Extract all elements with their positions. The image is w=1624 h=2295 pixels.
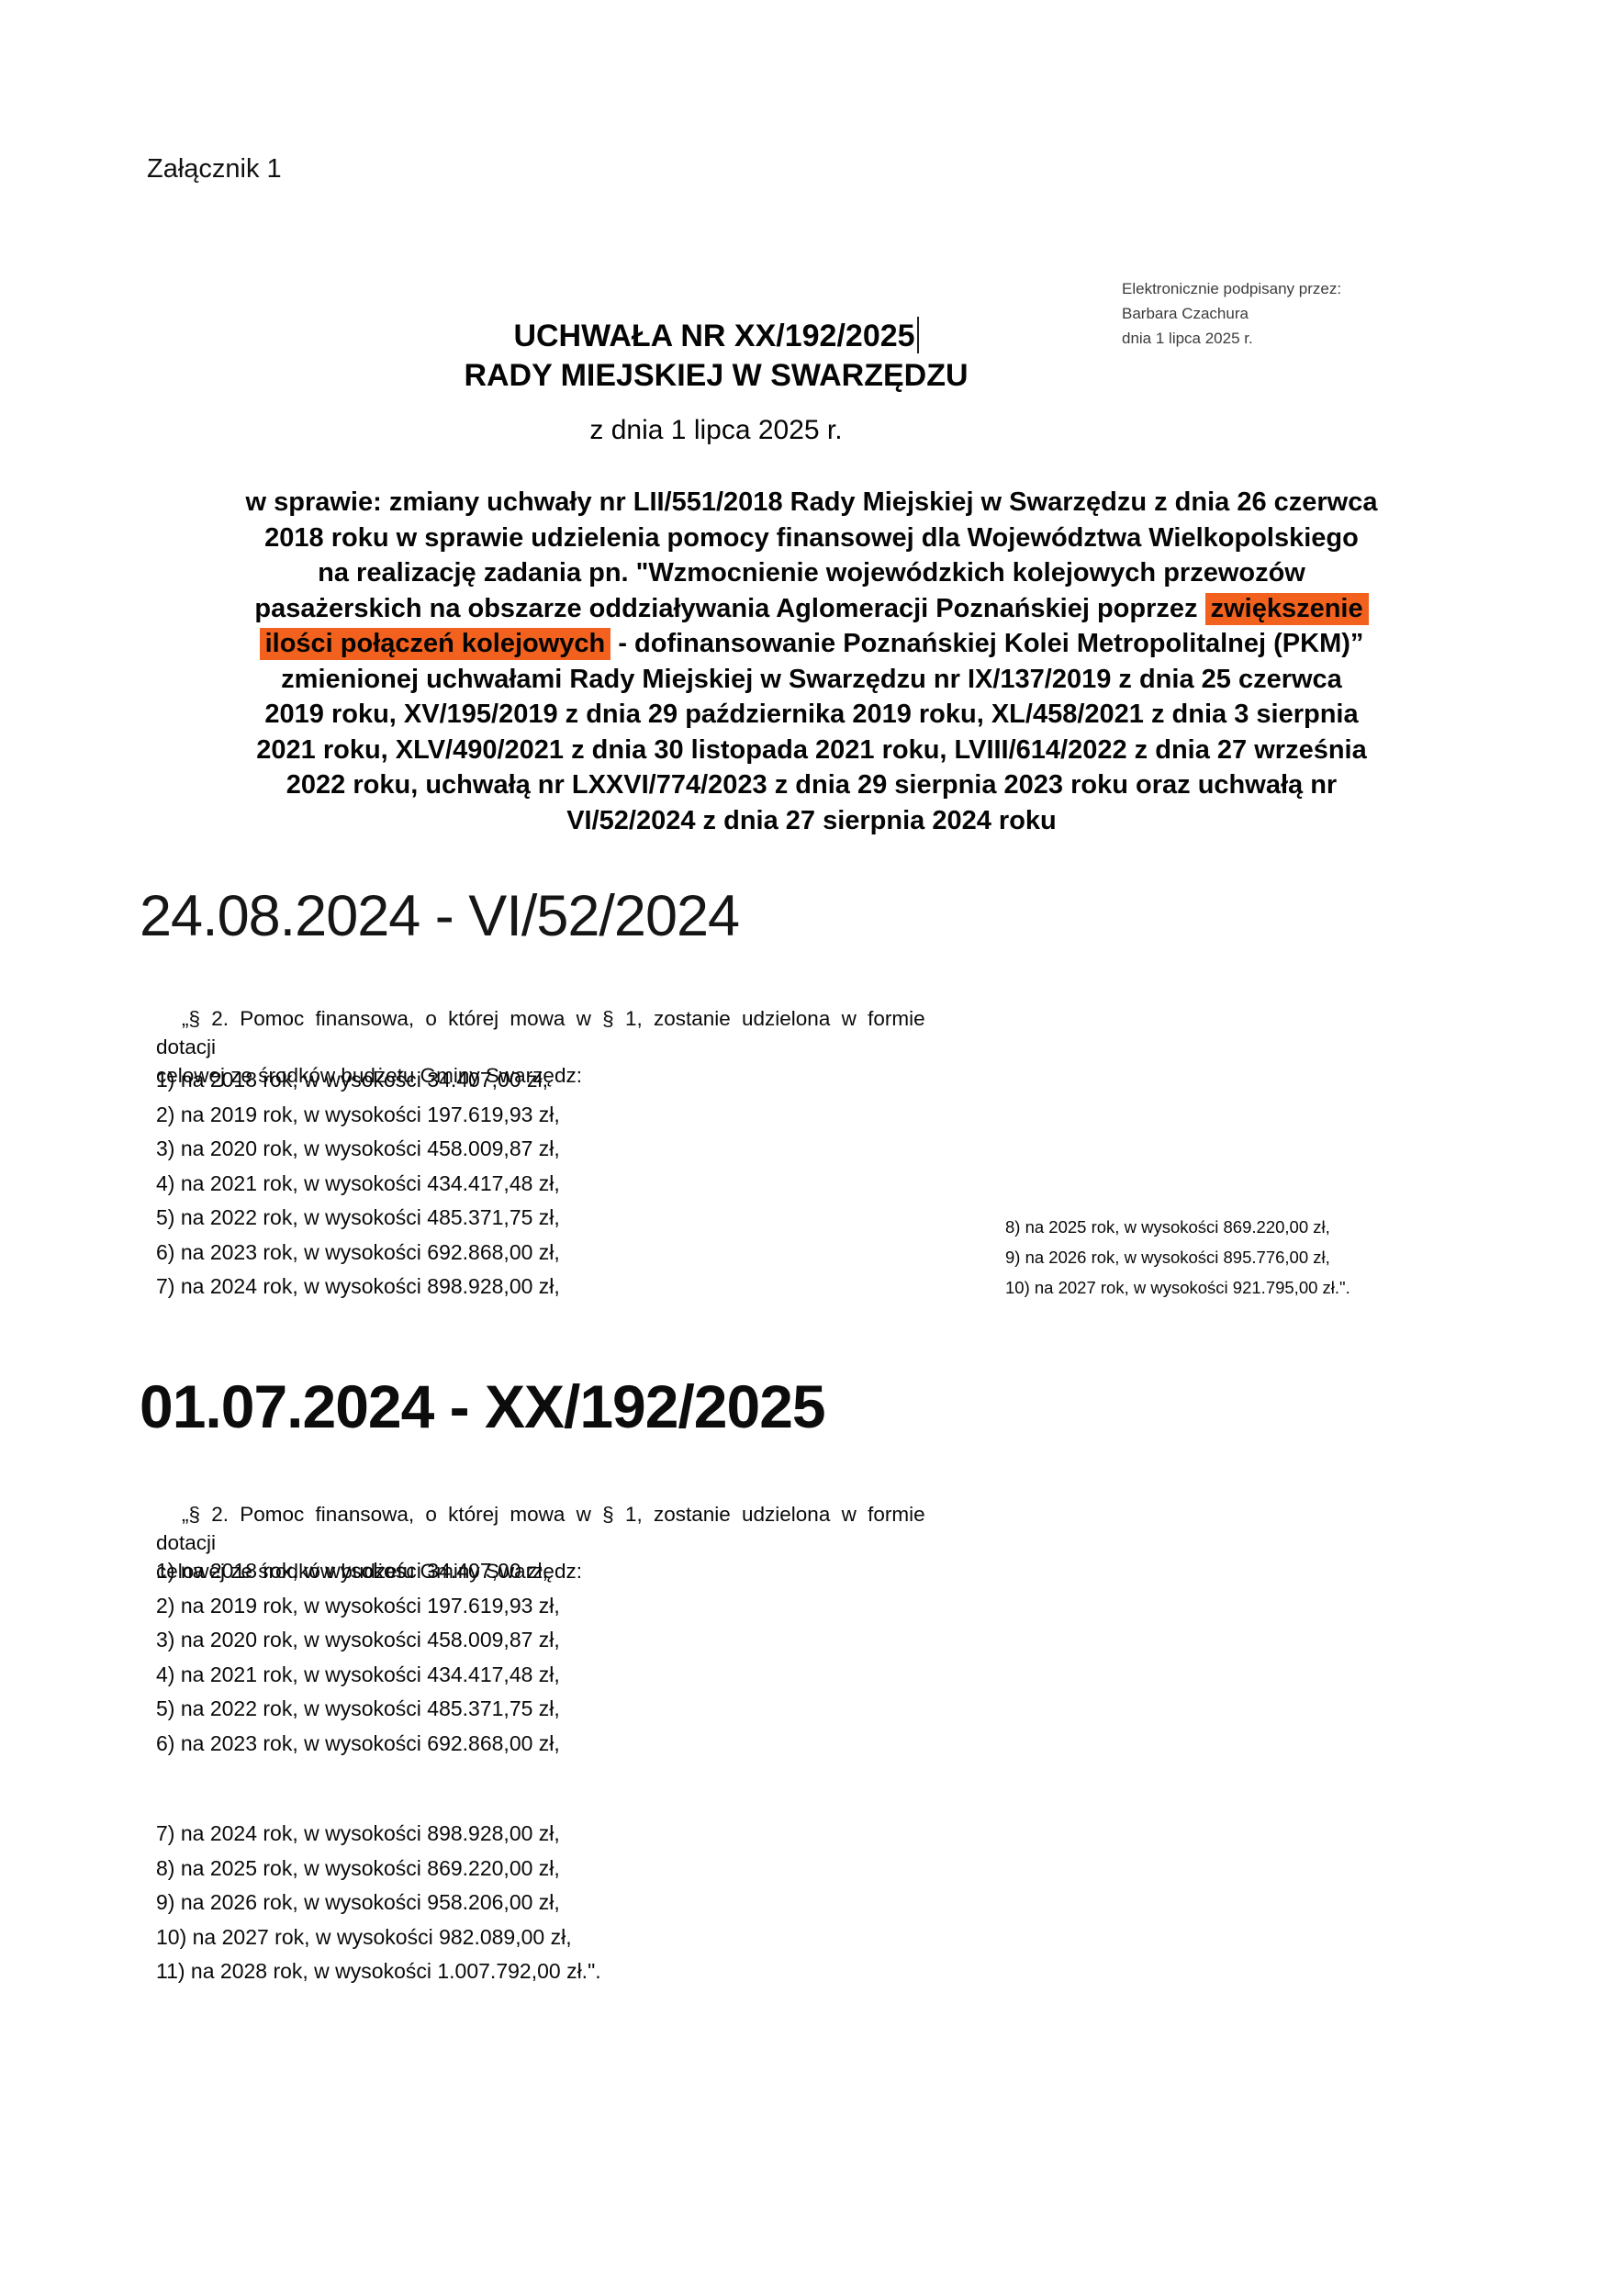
text-cursor xyxy=(917,317,919,353)
subject-line: 2018 roku w sprawie udzielenia pomocy fi… xyxy=(95,521,1528,556)
resolution-title-line2: RADY MIEJSKIEJ W SWARZĘDZU xyxy=(275,356,1157,396)
subject-line: 2021 roku, XLV/490/2021 z dnia 30 listop… xyxy=(95,733,1528,768)
list-item: 3) na 2020 rok, w wysokości 458.009,87 z… xyxy=(156,1628,560,1662)
resolution-subject: w sprawie: zmiany uchwały nr LII/551/201… xyxy=(95,485,1528,838)
list-item: 8) na 2025 rok, w wysokości 869.220,00 z… xyxy=(1005,1217,1350,1248)
resolution-title: UCHWAŁA NR XX/192/2025 RADY MIEJSKIEJ W … xyxy=(275,317,1157,396)
list-item: 11) na 2028 rok, w wysokości 1.007.792,0… xyxy=(156,1959,601,1994)
list-item: 6) na 2023 rok, w wysokości 692.868,00 z… xyxy=(156,1240,560,1275)
subject-line: pasażerskich na obszarze oddziaływania A… xyxy=(95,591,1528,627)
section2-amounts-list-lower: 7) na 2024 rok, w wysokości 898.928,00 z… xyxy=(156,1821,601,1994)
section-heading-vi-52-2024: 24.08.2024 - VI/52/2024 xyxy=(140,883,739,949)
section-heading-xx-192-2025: 01.07.2024 - XX/192/2025 xyxy=(140,1371,825,1441)
list-item: 2) na 2019 rok, w wysokości 197.619,93 z… xyxy=(156,1594,560,1629)
signature-caption: Elektronicznie podpisany przez: xyxy=(1122,276,1341,301)
subject-line: ilości połączeń kolejowych - dofinansowa… xyxy=(95,626,1528,662)
list-item: 5) na 2022 rok, w wysokości 485.371,75 z… xyxy=(156,1205,560,1240)
section1-amounts-list-right: 8) na 2025 rok, w wysokości 869.220,00 z… xyxy=(1005,1217,1350,1308)
list-item: 10) na 2027 rok, w wysokości 921.795,00 … xyxy=(1005,1278,1350,1308)
list-item: 8) na 2025 rok, w wysokości 869.220,00 z… xyxy=(156,1856,601,1891)
list-item: 10) na 2027 rok, w wysokości 982.089,00 … xyxy=(156,1925,601,1960)
list-item: 9) na 2026 rok, w wysokości 958.206,00 z… xyxy=(156,1890,601,1925)
subject-line: 2019 roku, XV/195/2019 z dnia 29 paździe… xyxy=(95,697,1528,733)
subject-line: 2022 roku, uchwałą nr LXXVI/774/2023 z d… xyxy=(95,767,1528,803)
list-item: 1) na 2018 rok, w wysokości 34.407,00 zł… xyxy=(156,1068,560,1103)
section1-amounts-list-left: 1) na 2018 rok, w wysokości 34.407,00 zł… xyxy=(156,1068,560,1309)
subject-line: na realizację zadania pn. "Wzmocnienie w… xyxy=(95,555,1528,591)
document-page: Załącznik 1 Elektronicznie podpisany prz… xyxy=(0,0,1624,2295)
section2-amounts-list-upper: 1) na 2018 rok, w wysokości 34.407,00 zł… xyxy=(156,1559,560,1765)
subject-line: VI/52/2024 z dnia 27 sierpnia 2024 roku xyxy=(95,803,1528,839)
resolution-title-line1: UCHWAŁA NR XX/192/2025 xyxy=(275,317,1157,356)
paragraph-line: „§ 2. Pomoc finansowa, o której mowa w §… xyxy=(156,1004,991,1061)
list-item: 4) na 2021 rok, w wysokości 434.417,48 z… xyxy=(156,1171,560,1206)
highlighted-text: zwiększenie xyxy=(1205,593,1369,625)
list-item: 6) na 2023 rok, w wysokości 692.868,00 z… xyxy=(156,1731,560,1766)
highlighted-text: ilości połączeń kolejowych xyxy=(260,628,611,660)
list-item: 1) na 2018 rok, w wysokości 34.407,00 zł… xyxy=(156,1559,560,1594)
list-item: 3) na 2020 rok, w wysokości 458.009,87 z… xyxy=(156,1136,560,1171)
list-item: 4) na 2021 rok, w wysokości 434.417,48 z… xyxy=(156,1662,560,1697)
resolution-date: z dnia 1 lipca 2025 r. xyxy=(275,415,1157,446)
paragraph-line: „§ 2. Pomoc finansowa, o której mowa w §… xyxy=(156,1500,991,1557)
list-item: 5) na 2022 rok, w wysokości 485.371,75 z… xyxy=(156,1696,560,1731)
subject-line: w sprawie: zmiany uchwały nr LII/551/201… xyxy=(95,485,1528,521)
list-item: 7) na 2024 rok, w wysokości 898.928,00 z… xyxy=(156,1274,560,1309)
list-item: 9) na 2026 rok, w wysokości 895.776,00 z… xyxy=(1005,1248,1350,1278)
attachment-label: Załącznik 1 xyxy=(147,154,282,185)
list-item: 2) na 2019 rok, w wysokości 197.619,93 z… xyxy=(156,1103,560,1137)
list-item: 7) na 2024 rok, w wysokości 898.928,00 z… xyxy=(156,1821,601,1856)
subject-line: zmienionej uchwałami Rady Miejskiej w Sw… xyxy=(95,662,1528,698)
